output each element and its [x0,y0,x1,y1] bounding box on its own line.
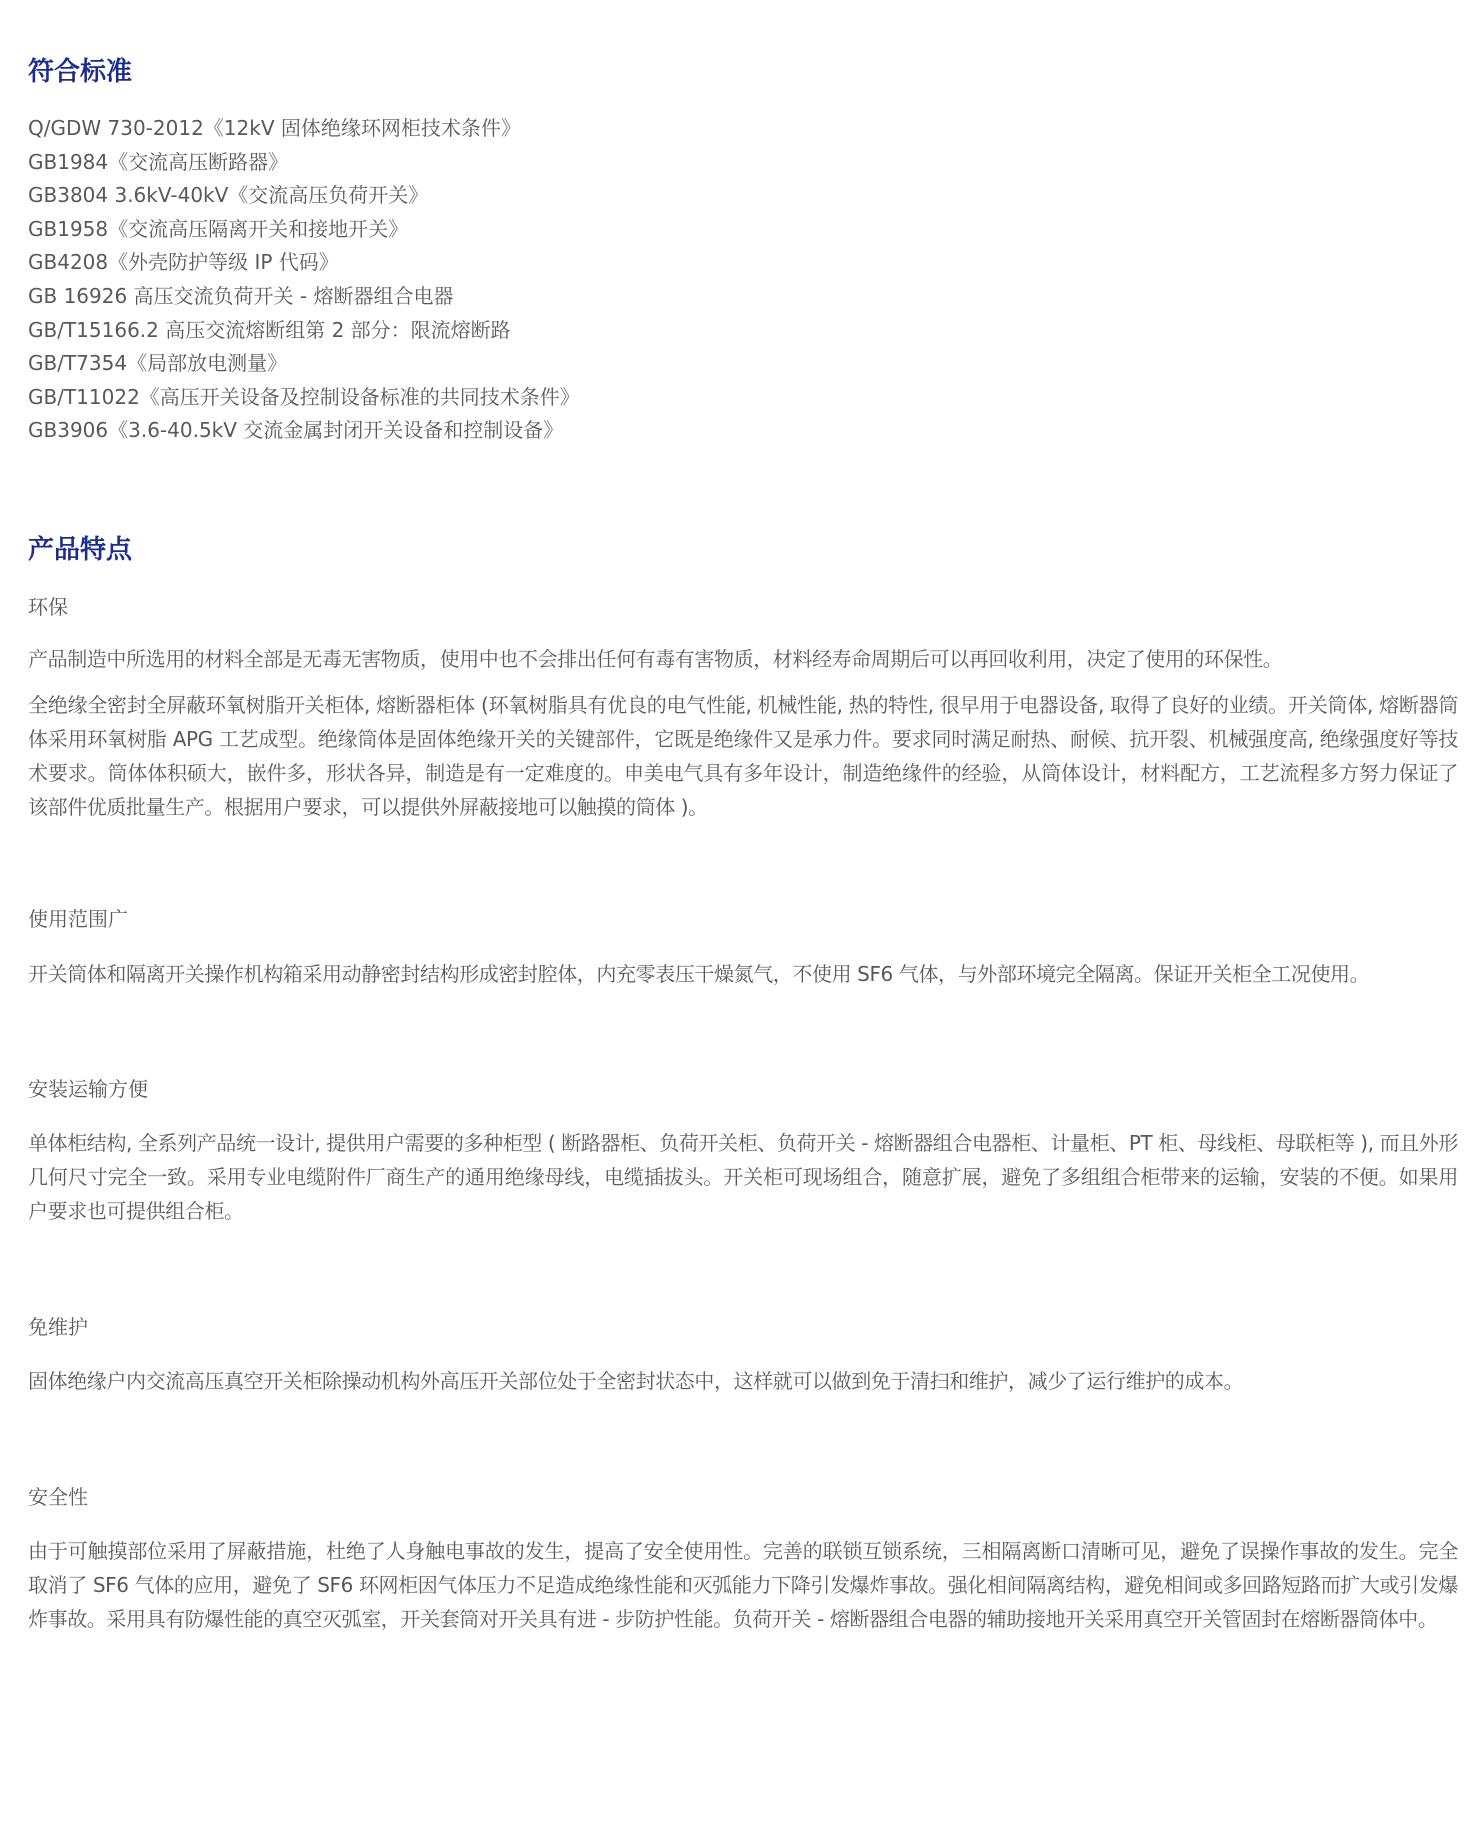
feature-label-maintenance-free: 免维护 [28,1312,88,1342]
feature-para-eco-2: 全绝缘全密封全屏蔽环氧树脂开关柜体, 熔断器柜体 (环氧树脂具有优良的电气性能,… [28,688,1458,824]
standard-item: GB1958《交流高压隔离开关和接地开关》 [28,213,580,247]
feature-para-install: 单体柜结构, 全系列产品统一设计, 提供用户需要的多种柜型 ( 断路器柜、负荷开… [28,1126,1458,1228]
standard-item: GB4208《外壳防护等级 IP 代码》 [28,246,580,280]
standard-item: GB 16926 高压交流负荷开关 - 熔断器组合电器 [28,280,580,314]
standards-title: 符合标准 [28,55,132,89]
standard-item: GB1984《交流高压断路器》 [28,146,580,180]
feature-para-safety: 由于可触摸部位采用了屏蔽措施，杜绝了人身触电事故的发生，提高了安全使用性。完善的… [28,1534,1458,1636]
features-title: 产品特点 [28,533,132,567]
feature-label-install: 安装运输方便 [28,1074,148,1104]
feature-label-eco: 环保 [28,592,68,622]
standard-item: GB/T7354《局部放电测量》 [28,347,580,381]
feature-para-wide-use: 开关筒体和隔离开关操作机构箱采用动静密封结构形成密封腔体，内充零表压干燥氮气，不… [28,957,1458,991]
standard-item: GB3906《3.6-40.5kV 交流金属封闭开关设备和控制设备》 [28,414,580,448]
standard-item: Q/GDW 730-2012《12kV 固体绝缘环网柜技术条件》 [28,112,580,146]
standard-item: GB/T11022《高压开关设备及控制设备标准的共同技术条件》 [28,381,580,415]
feature-para-eco-1: 产品制造中所选用的材料全部是无毒无害物质，使用中也不会排出任何有毒有害物质，材料… [28,642,1458,676]
feature-label-safety: 安全性 [28,1482,88,1512]
standard-item: GB/T15166.2 高压交流熔断组第 2 部分：限流熔断路 [28,314,580,348]
standard-item: GB3804 3.6kV-40kV《交流高压负荷开关》 [28,179,580,213]
feature-para-maintenance-free: 固体绝缘户内交流高压真空开关柜除操动机构外高压开关部位处于全密封状态中，这样就可… [28,1364,1458,1398]
feature-label-wide-use: 使用范围广 [28,904,128,934]
standards-list: Q/GDW 730-2012《12kV 固体绝缘环网柜技术条件》 GB1984《… [28,112,580,448]
